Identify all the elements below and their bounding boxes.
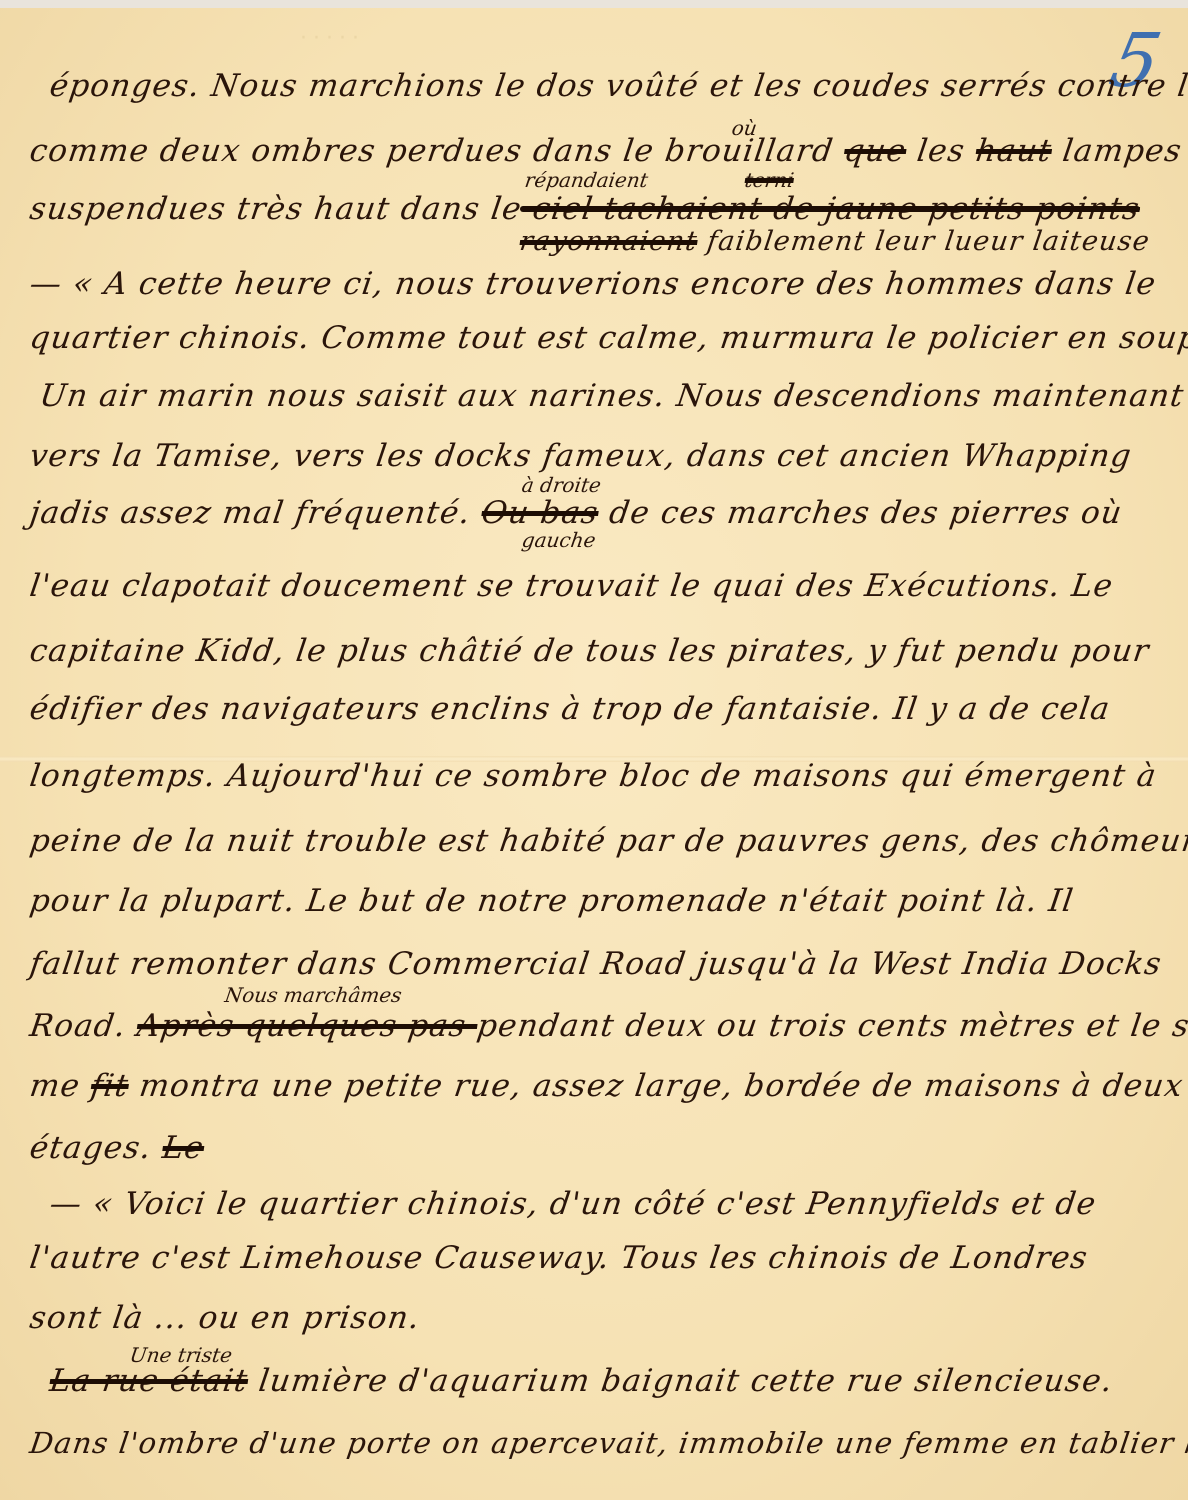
manuscript-line-13: longtemps. Aujourd'hui ce sombre bloc de…: [27, 758, 1159, 794]
struck-word: Ou bas: [479, 495, 601, 531]
manuscript-line-1: éponges. Nous marchions le dos voûté et …: [47, 68, 1188, 104]
struck-word: que: [842, 133, 909, 169]
manuscript-page: ····· 5 éponges. Nous marchions le dos v…: [0, 0, 1188, 1500]
manuscript-line-19: étages. Le: [27, 1130, 206, 1166]
manuscript-line-18: me fit montra une petite rue, assez larg…: [27, 1068, 1185, 1104]
manuscript-line-22: sont là ... ou en prison.: [27, 1300, 422, 1336]
interlinear-insertion-struck: terni: [743, 168, 795, 192]
interlinear-insertion: gauche: [520, 528, 597, 552]
manuscript-line-5: — « A cette heure ci, nous trouverions e…: [27, 266, 1158, 302]
manuscript-line-20: — « Voici le quartier chinois, d'un côté…: [47, 1186, 1098, 1222]
manuscript-line-17: Road. Après quelques pas pendant deux ou…: [27, 1008, 1188, 1044]
manuscript-line-8: vers la Tamise, vers les docks fameux, d…: [27, 438, 1134, 474]
manuscript-line-12: édifier des navigateurs enclins à trop d…: [27, 691, 1112, 727]
struck-word: fit: [89, 1068, 132, 1104]
strikethrough-arrow: [520, 206, 1140, 212]
struck-word: haut: [974, 133, 1055, 169]
struck-word: Le: [160, 1130, 206, 1166]
interlinear-insertion: répandaient: [523, 168, 649, 192]
interlinear-insertion: Nous marchâmes: [223, 983, 403, 1007]
manuscript-line-4: rayonnaient faiblement leur lueur laiteu…: [518, 226, 1152, 257]
manuscript-line-15: pour la plupart. Le but de notre promena…: [27, 883, 1076, 919]
manuscript-line-21: l'autre c'est Limehouse Causeway. Tous l…: [27, 1240, 1090, 1276]
manuscript-line-14: peine de la nuit trouble est habité par …: [27, 823, 1188, 859]
manuscript-line-9: jadis assez mal fréquenté. Ou bas de ces…: [27, 495, 1124, 531]
struck-word: rayonnaient: [518, 226, 700, 257]
manuscript-line-10: l'eau clapotait doucement se trouvait le…: [27, 568, 1115, 604]
manuscript-line-2: comme deux ombres perdues dans le brouil…: [27, 133, 1184, 169]
manuscript-line-11: capitaine Kidd, le plus châtié de tous l…: [27, 633, 1151, 669]
manuscript-line-16: fallut remonter dans Commercial Road jus…: [27, 946, 1164, 982]
faint-archive-stamp: ·····: [300, 26, 365, 51]
struck-phrase: La rue était: [47, 1363, 250, 1399]
manuscript-line-23: La rue était lumière d'aquarium baignait…: [47, 1363, 1115, 1399]
manuscript-line-6: quartier chinois. Comme tout est calme, …: [27, 320, 1188, 356]
manuscript-line-7: Un air marin nous saisit aux narines. No…: [37, 378, 1188, 414]
interlinear-insertion: à droite: [520, 473, 602, 497]
struck-phrase: Après quelques pas: [135, 1008, 480, 1044]
manuscript-line-24: Dans l'ombre d'une porte on apercevait, …: [28, 1426, 1188, 1460]
